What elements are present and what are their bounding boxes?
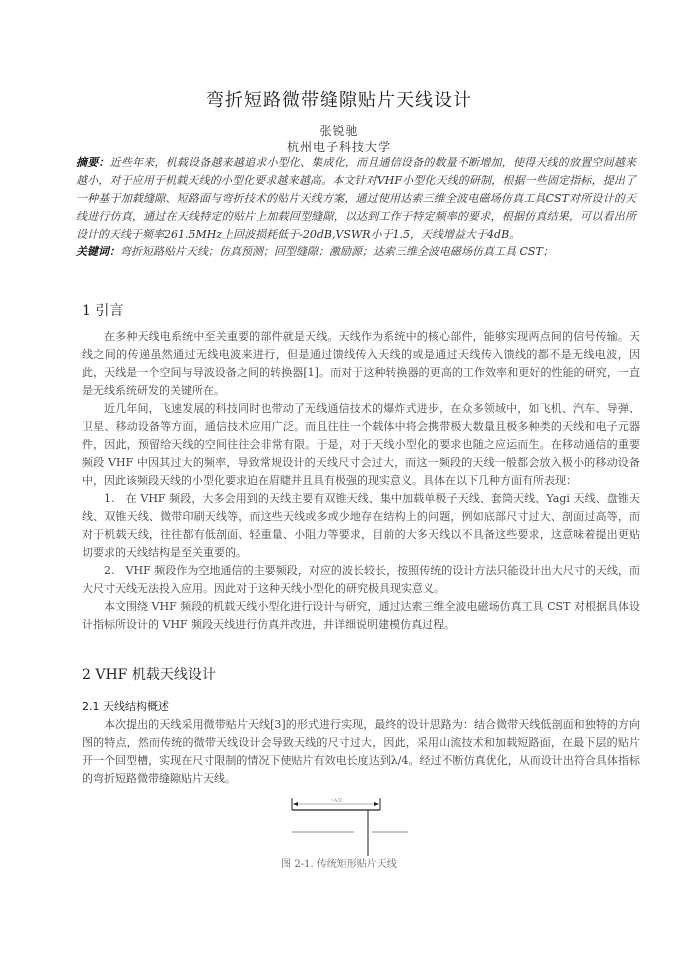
dimension-label: ~λ/2 xyxy=(330,798,342,804)
paragraph: 本次提出的天线采用微带贴片天线[3]的形式进行实现，最终的设计思路为：结合微带天… xyxy=(82,716,640,788)
abstract-text: 近些年来，机载设备越来越追求小型化、集成化，而且通信设备的数量不断增加，使得天线… xyxy=(76,156,636,241)
author-name: 张锐驰 xyxy=(0,122,678,139)
section-2-1-body: 本次提出的天线采用微带贴片天线[3]的形式进行实现，最终的设计思路为：结合微带天… xyxy=(82,716,640,788)
figure-caption: 图 2-1. 传统矩形贴片天线 xyxy=(0,855,678,870)
paragraph: 近几年间，飞速发展的科技同时也带动了无线通信技术的爆炸式进步，在众多领域中，如飞… xyxy=(82,400,640,490)
abstract: 摘要：近些年来，机载设备越来越追求小型化、集成化，而且通信设备的数量不断增加，使… xyxy=(76,154,636,244)
paragraph: 本文围绕 VHF 频段的机载天线小型化进行设计与研究，通过达索三维全波电磁场仿真… xyxy=(82,598,640,634)
paragraph: 在多种天线电系统中至关重要的部件就是天线。天线作为系统中的核心部件，能够实现两点… xyxy=(82,328,640,400)
keywords-label: 关键词： xyxy=(76,245,120,258)
keywords-text: 弯折短路贴片天线；仿真预测；回型缝隙；激励源；达索三维全波电磁场仿真工具 CST… xyxy=(120,245,554,258)
subsection-heading-structure: 2.1 天线结构概述 xyxy=(82,698,169,714)
author-affiliation: 杭州电子科技大学 xyxy=(0,138,678,155)
paper-title: 弯折短路微带缝隙贴片天线设计 xyxy=(0,86,678,112)
paragraph: 1. 在 VHF 频段，大多会用到的天线主要有双锥天线、集中加载单极子天线、套筒… xyxy=(82,490,640,562)
section-heading-introduction: 1 引言 xyxy=(82,300,123,320)
paragraph: 2. VHF 频段作为空地通信的主要频段，对应的波长较长，按照传统的设计方法只能… xyxy=(82,562,640,598)
keywords: 关键词：弯折短路贴片天线；仿真预测；回型缝隙；激励源；达索三维全波电磁场仿真工具… xyxy=(76,243,636,261)
paper-page: 弯折短路微带缝隙贴片天线设计 张锐驰 杭州电子科技大学 摘要：近些年来，机载设备… xyxy=(0,0,678,960)
section-heading-vhf-design: 2 VHF 机载天线设计 xyxy=(82,664,216,684)
abstract-label: 摘要： xyxy=(76,156,110,169)
section-1-body: 在多种天线电系统中至关重要的部件就是天线。天线作为系统中的核心部件，能够实现两点… xyxy=(82,328,640,634)
